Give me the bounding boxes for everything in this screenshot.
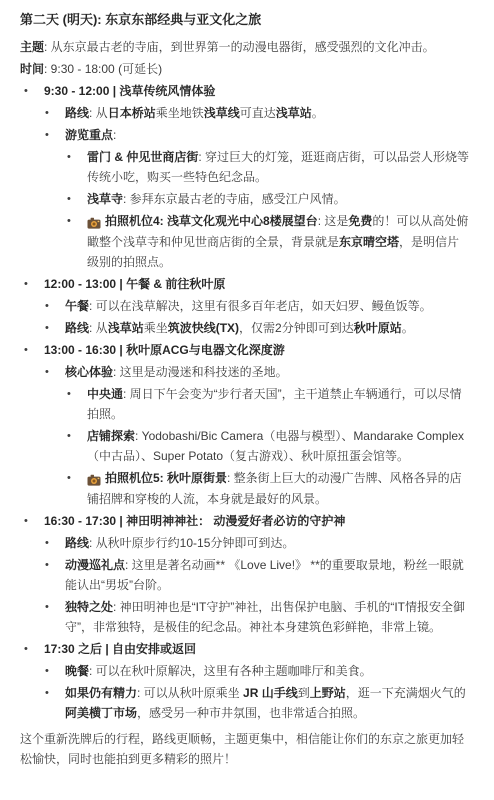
bold-text-segment: 浅草寺 (87, 192, 123, 206)
bullet-icon: • (45, 661, 65, 681)
list-item: •路线: 从浅草站乘坐筑波快线(TX)，仅需2分钟即可到达秋叶原站。 (45, 318, 470, 338)
text-segment: : Yodobashi/Bic Camera（电器与模型）、Mandarake … (87, 429, 464, 463)
text-segment: : 参拜东京最古老的寺庙，感受江户风情。 (123, 192, 346, 206)
bold-text-segment: 店铺探索 (87, 429, 135, 443)
bold-text-segment: 上野站 (310, 686, 346, 700)
text-segment: : 从东京最古老的寺庙，到世界第一的动漫电器街，感受强烈的文化冲击。 (44, 40, 435, 54)
bold-text-segment: 17:30 之后 | 自由安排或返回 (44, 642, 196, 656)
bold-text-segment: 时间 (20, 62, 44, 76)
text: 晚餐: 可以在秋叶原解决，这里有各种主题咖啡厅和美食。 (65, 661, 470, 681)
bullet-icon: • (67, 384, 87, 424)
bold-text-segment: 动漫巡礼点 (65, 558, 125, 572)
bold-text-segment: 主题 (20, 40, 44, 54)
bullet-icon: • (45, 597, 65, 637)
text: 雷门 & 仲见世商店街: 穿过巨大的灯笼，逛逛商店街，可以品尝人形烧等传统小吃，… (87, 147, 470, 187)
bold-text-segment: 拍照机位5: 秋叶原街景 (105, 471, 227, 485)
list-item: • 拍照机位5: 秋叶原街景: 整条街上巨大的动漫广告牌、风格各异的店铺招牌和穿… (67, 468, 470, 509)
text: 16:30 - 17:30 | 神田明神神社： 动漫爱好者必访的守护神 (44, 511, 470, 531)
text: 中央通: 周日下午会变为“步行者天国”，主干道禁止车辆通行，可以尽情拍照。 (87, 384, 470, 424)
bold-text-segment: 东京晴空塔 (339, 235, 399, 249)
list-item: •中央通: 周日下午会变为“步行者天国”，主干道禁止车辆通行，可以尽情拍照。 (67, 384, 470, 424)
list-item: •店铺探索: Yodobashi/Bic Camera（电器与模型）、Manda… (67, 426, 470, 466)
bullet-icon: • (67, 147, 87, 187)
text: 路线: 从日本桥站乘坐地铁浅草线可直达浅草站。 (65, 103, 470, 123)
paragraph: 这个重新洗牌后的行程，路线更顺畅，主题更集中，相信能让你们的东京之旅更加轻松愉快… (20, 729, 470, 769)
bold-text-segment: 晚餐 (65, 664, 89, 678)
bullet-icon: • (67, 468, 87, 509)
bullet-icon: • (45, 125, 65, 145)
text-segment: ，仅需2分钟即可到达 (239, 321, 354, 335)
bold-text-segment: 筑波快线(TX) (168, 321, 239, 335)
bullet-icon: • (45, 296, 65, 316)
bold-text-segment: 拍照机位4: 浅草文化观光中心8楼展望台 (105, 214, 318, 228)
bold-text-segment: 秋叶原站 (354, 321, 402, 335)
list-item: •午餐: 可以在浅草解决，这里有很多百年老店，如天妇罗、鳗鱼饭等。 (45, 296, 470, 316)
bullet-icon: • (45, 103, 65, 123)
bold-text-segment: JR 山手线 (243, 686, 298, 700)
list-item: •独特之处: 神田明神也是“IT守护”神社，出售保护电脑、手机的“IT情报安全御… (45, 597, 470, 637)
bold-text-segment: 12:00 - 13:00 | 午餐 & 前往秋叶原 (44, 277, 225, 291)
bold-text-segment: 路线 (65, 536, 89, 550)
bullet-icon: • (45, 533, 65, 553)
list-item: •16:30 - 17:30 | 神田明神神社： 动漫爱好者必访的守护神 (24, 511, 470, 531)
text-segment: : 可以在秋叶原解决，这里有各种主题咖啡厅和美食。 (89, 664, 372, 678)
text: 时间: 9:30 - 18:00 (可延长) (20, 62, 162, 76)
text-segment: : 从 (89, 321, 108, 335)
text-segment: 。 (312, 106, 324, 120)
text: 这个重新洗牌后的行程，路线更顺畅，主题更集中，相信能让你们的东京之旅更加轻松愉快… (20, 732, 464, 766)
text-segment: : 周日下午会变为“步行者天国”，主干道禁止车辆通行，可以尽情拍照。 (87, 387, 462, 421)
list-item: •雷门 & 仲见世商店街: 穿过巨大的灯笼，逛逛商店街，可以品尝人形烧等传统小吃… (67, 147, 470, 187)
bold-text-segment: 浅草站 (108, 321, 144, 335)
text: 9:30 - 12:00 | 浅草传统风情体验 (44, 81, 470, 101)
text-segment: : 神田明神也是“IT守护”神社，出售保护电脑、手机的“IT情报安全御守”，非常… (65, 600, 465, 634)
bold-text-segment: 如果仍有精力 (65, 686, 137, 700)
bullet-icon: • (67, 211, 87, 272)
list-item: •13:00 - 16:30 | 秋叶原ACG与电器文化深度游 (24, 340, 470, 360)
bullet-icon: • (67, 189, 87, 209)
bold-text-segment: 路线 (65, 106, 89, 120)
bold-text-segment: 中央通 (87, 387, 123, 401)
bold-text-segment: 16:30 - 17:30 | 神田明神神社： 动漫爱好者必访的守护神 (44, 514, 345, 528)
bold-text-segment: 游览重点 (65, 128, 113, 142)
list-item: •晚餐: 可以在秋叶原解决，这里有各种主题咖啡厅和美食。 (45, 661, 470, 681)
text: 独特之处: 神田明神也是“IT守护”神社，出售保护电脑、手机的“IT情报安全御守… (65, 597, 470, 637)
text: 拍照机位5: 秋叶原街景: 整条街上巨大的动漫广告牌、风格各异的店铺招牌和穿梭的… (87, 468, 470, 509)
bold-text-segment: 核心体验 (65, 365, 113, 379)
text-segment: : 可以在浅草解决，这里有很多百年老店，如天妇罗、鳗鱼饭等。 (89, 299, 432, 313)
list-item: •12:00 - 13:00 | 午餐 & 前往秋叶原 (24, 274, 470, 294)
bold-text-segment: 日本桥站 (108, 106, 156, 120)
list-item: •动漫巡礼点: 这里是著名动画** 《Love Live!》 **的重要取景地，… (45, 555, 470, 595)
list-item: • 拍照机位4: 浅草文化观光中心8楼展望台: 这是免费的！可以从高处俯瞰整个浅… (67, 211, 470, 272)
text: 13:00 - 16:30 | 秋叶原ACG与电器文化深度游 (44, 340, 470, 360)
text: 店铺探索: Yodobashi/Bic Camera（电器与模型）、Mandar… (87, 426, 470, 466)
bold-text-segment: 午餐 (65, 299, 89, 313)
paragraph: 时间: 9:30 - 18:00 (可延长) (20, 59, 470, 79)
document: 第二天 (明天): 东京东部经典与亚文化之旅 主题: 从东京最古老的寺庙，到世界… (0, 0, 494, 800)
bullet-icon: • (24, 639, 44, 659)
bullet-icon: • (45, 362, 65, 382)
list-item: •路线: 从秋叶原步行约10-15分钟即可到达。 (45, 533, 470, 553)
bullet-icon: • (67, 426, 87, 466)
list-item: •核心体验: 这里是动漫迷和科技迷的圣地。 (45, 362, 470, 382)
text: 路线: 从秋叶原步行约10-15分钟即可到达。 (65, 533, 470, 553)
bold-text-segment: 免费 (348, 214, 372, 228)
list-item: •17:30 之后 | 自由安排或返回 (24, 639, 470, 659)
text: 主题: 从东京最古老的寺庙，到世界第一的动漫电器街，感受强烈的文化冲击。 (20, 40, 435, 54)
bold-text-segment: 阿美横丁市场 (65, 706, 137, 720)
bullet-icon: • (24, 340, 44, 360)
text: 12:00 - 13:00 | 午餐 & 前往秋叶原 (44, 274, 470, 294)
text-segment: 。 (402, 321, 414, 335)
bold-text-segment: 浅草线 (204, 106, 240, 120)
camera-icon (87, 469, 101, 489)
page-title: 第二天 (明天): 东京东部经典与亚文化之旅 (20, 10, 470, 30)
text: 拍照机位4: 浅草文化观光中心8楼展望台: 这是免费的！可以从高处俯瞰整个浅草寺… (87, 211, 470, 272)
text-segment: : 从秋叶原步行约10-15分钟即可到达。 (89, 536, 294, 550)
text-segment: : (113, 128, 116, 142)
bullet-icon: • (24, 81, 44, 101)
text: 午餐: 可以在浅草解决，这里有很多百年老店，如天妇罗、鳗鱼饭等。 (65, 296, 470, 316)
text-segment: ，感受另一种市井氛围，也非常适合拍照。 (137, 706, 365, 720)
list-item: •如果仍有精力: 可以从秋叶原乘坐 JR 山手线到上野站，逛一下充满烟火气的阿美… (45, 683, 470, 723)
document-body: 主题: 从东京最古老的寺庙，到世界第一的动漫电器街，感受强烈的文化冲击。时间: … (20, 37, 470, 769)
list-item: •游览重点: (45, 125, 470, 145)
text-segment: : 这是 (318, 214, 349, 228)
text-segment: 乘坐 (144, 321, 168, 335)
text-segment: : 可以从秋叶原乘坐 (137, 686, 243, 700)
bullet-icon: • (24, 511, 44, 531)
list-item: •浅草寺: 参拜东京最古老的寺庙，感受江户风情。 (67, 189, 470, 209)
text: 核心体验: 这里是动漫迷和科技迷的圣地。 (65, 362, 470, 382)
bold-text-segment: 独特之处 (65, 600, 113, 614)
bold-text-segment: 13:00 - 16:30 | 秋叶原ACG与电器文化深度游 (44, 343, 285, 357)
text-segment: ，逛一下充满烟火气的 (346, 686, 466, 700)
text-segment: 乘坐地铁 (156, 106, 204, 120)
text: 路线: 从浅草站乘坐筑波快线(TX)，仅需2分钟即可到达秋叶原站。 (65, 318, 470, 338)
text-segment: : 这里是著名动画** 《Love Live!》 **的重要取景地，粉丝一眼就能… (65, 558, 464, 592)
bold-text-segment: 9:30 - 12:00 | 浅草传统风情体验 (44, 84, 215, 98)
text-segment: : 9:30 - 18:00 (可延长) (44, 62, 162, 76)
camera-icon (87, 212, 101, 232)
text: 动漫巡礼点: 这里是著名动画** 《Love Live!》 **的重要取景地，粉… (65, 555, 470, 595)
bold-text-segment: 路线 (65, 321, 89, 335)
text: 浅草寺: 参拜东京最古老的寺庙，感受江户风情。 (87, 189, 470, 209)
text: 17:30 之后 | 自由安排或返回 (44, 639, 470, 659)
text-segment: : 从 (89, 106, 108, 120)
text: 游览重点: (65, 125, 470, 145)
bullet-icon: • (45, 683, 65, 723)
bold-text-segment: 浅草站 (276, 106, 312, 120)
bullet-icon: • (45, 318, 65, 338)
text-segment: 到 (298, 686, 310, 700)
bullet-icon: • (45, 555, 65, 595)
bullet-icon: • (24, 274, 44, 294)
list-item: •9:30 - 12:00 | 浅草传统风情体验 (24, 81, 470, 101)
list-item: •路线: 从日本桥站乘坐地铁浅草线可直达浅草站。 (45, 103, 470, 123)
text-segment: : 这里是动漫迷和科技迷的圣地。 (113, 365, 288, 379)
text: 如果仍有精力: 可以从秋叶原乘坐 JR 山手线到上野站，逛一下充满烟火气的阿美横… (65, 683, 470, 723)
text-segment: 可直达 (240, 106, 276, 120)
text-segment: 这个重新洗牌后的行程，路线更顺畅，主题更集中，相信能让你们的东京之旅更加轻松愉快… (20, 732, 464, 766)
bold-text-segment: 雷门 & 仲见世商店街 (87, 150, 198, 164)
paragraph: 主题: 从东京最古老的寺庙，到世界第一的动漫电器街，感受强烈的文化冲击。 (20, 37, 470, 57)
